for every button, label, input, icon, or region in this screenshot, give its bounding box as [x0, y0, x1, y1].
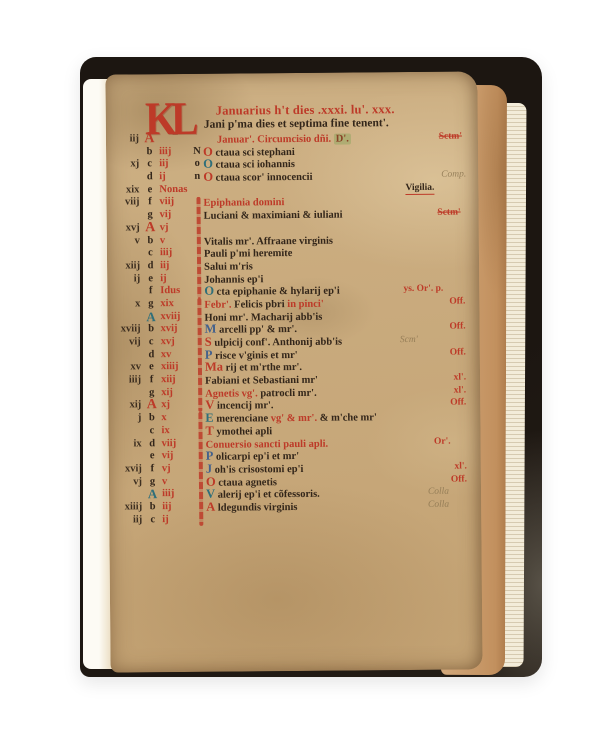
calendar-text-block: KL Januarius h't dies .xxxi. lu'. xxx. J… — [116, 99, 472, 542]
calendar-rows: iij A Januar'. Circumcisio dñi. D'. Sctm… — [116, 130, 471, 526]
roman-day-count: Nonas — [157, 184, 191, 197]
feast-rubric-prefix: Febr'. — [204, 299, 234, 310]
roman-day-count: ij — [160, 514, 194, 527]
margin-annotation: xl'. — [454, 460, 467, 473]
margin-annotation: Sctm' — [439, 131, 462, 144]
feast-rubric-suffix: in pinci' — [287, 299, 324, 310]
margin-annotation: Sctm' — [437, 207, 460, 220]
feast-entry — [206, 511, 471, 526]
margin-annotation: xl'. — [454, 372, 467, 385]
margin-annotation: Scm' — [400, 334, 418, 347]
margin-annotation: Colla — [428, 499, 449, 512]
feast-text: Felicis pbri — [234, 299, 287, 310]
margin-annotation: Colla — [428, 486, 449, 499]
nones-marker — [194, 513, 206, 526]
margin-annotation: Or'. — [434, 435, 451, 448]
feast-text: Salui m'ris — [204, 261, 253, 272]
roman-day-count: vj — [158, 222, 192, 235]
feast-text: merenciane — [216, 413, 270, 424]
margin-annotation: ys. Or'. p. — [403, 283, 443, 296]
parchment-page: KL Januarius h't dies .xxxi. lu'. xxx. J… — [105, 71, 482, 672]
feast-initial: Ma — [205, 360, 223, 374]
margin-annotation: Off. — [449, 295, 465, 308]
margin-annotation: Off. — [450, 397, 466, 410]
margin-annotation: Comp. — [441, 169, 466, 182]
golden-number: iij — [119, 514, 145, 527]
margin-annotation: Off. — [451, 473, 467, 486]
photo-background: KL Januarius h't dies .xxxi. lu'. xxx. J… — [0, 0, 616, 734]
feast-rubric-suffix: vg' & mr'. — [271, 413, 320, 424]
golden-number: xvj — [117, 222, 143, 235]
feast-rubric-suffix: D'. — [334, 133, 351, 144]
nones-marker — [191, 184, 203, 197]
header-line-1: Januarius h't dies .xxxi. lu'. xxx. — [216, 102, 395, 119]
feast-initial: O — [203, 170, 213, 184]
dominical-letter: A — [143, 222, 158, 235]
manuscript-binding: KL Januarius h't dies .xxxi. lu'. xxx. J… — [80, 57, 542, 677]
feast-initial: T — [205, 424, 213, 438]
margin-annotation: Off. — [449, 321, 465, 334]
margin-annotation: xl'. — [454, 384, 467, 397]
dominical-letter: e — [142, 184, 157, 197]
feast-initial: O — [204, 284, 214, 298]
dominical-letter: c — [145, 514, 160, 527]
margin-annotation: Off. — [450, 346, 466, 359]
golden-number: xix — [116, 184, 142, 197]
margin-annotation: Vigilia. — [405, 182, 434, 196]
calendar-row: iij c ij — [119, 511, 471, 527]
nones-marker — [192, 222, 204, 235]
header-line-2: Jani p'ma dies et septima fine tenent'. — [204, 117, 389, 131]
feast-initial: A — [206, 500, 215, 514]
